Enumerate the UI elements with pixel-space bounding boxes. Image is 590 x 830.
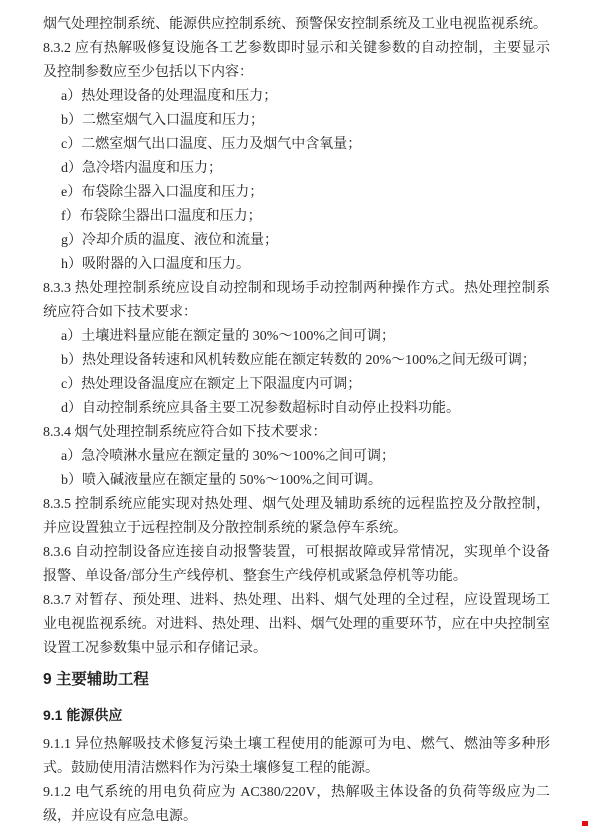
list-item: f）布袋除尘器出口温度和压力； [43,205,550,229]
body-paragraph-8-3-5: 8.3.5 控制系统应能实现对热处理、烟气处理及辅助系统的远程监控及分散控制，并… [43,493,550,541]
body-paragraph-8-3-7: 8.3.7 对暂存、预处理、进料、热处理、出料、烟气处理的全过程，应设置现场工业… [43,589,550,661]
list-item: d）自动控制系统应具备主要工况参数超标时自动停止投料功能。 [43,397,550,421]
body-paragraph-8-3-3: 8.3.3 热处理控制系统应设自动控制和现场手动控制两种操作方式。热处理控制系统… [43,277,550,325]
list-item: d）急冷塔内温度和压力； [43,157,550,181]
list-item: b）二燃室烟气入口温度和压力； [43,109,550,133]
list-item: a）热处理设备的处理温度和压力； [43,85,550,109]
body-paragraph-8-3-4: 8.3.4 烟气处理控制系统应符合如下技术要求： [43,421,550,445]
body-paragraph: 烟气处理控制系统、能源供应控制系统、预警保安控制系统及工业电视监视系统。 [43,13,550,37]
list-item: h）吸附器的入口温度和压力。 [43,253,550,277]
document-page: 烟气处理控制系统、能源供应控制系统、预警保安控制系统及工业电视监视系统。 8.3… [0,0,590,830]
body-paragraph-9-1-1: 9.1.1 异位热解吸技术修复污染土壤工程使用的能源可为电、燃气、燃油等多种形式… [43,733,550,781]
section-heading-9: 9 主要辅助工程 [43,665,550,695]
list-item: c）二燃室烟气出口温度、压力及烟气中含氧量； [43,133,550,157]
body-paragraph-9-1-2: 9.1.2 电气系统的用电负荷应为 AC380/220V，热解吸主体设备的负荷等… [43,781,550,829]
red-corner-mark [582,821,588,826]
subsection-heading-9-1: 9.1 能源供应 [43,701,550,729]
body-paragraph-8-3-6: 8.3.6 自动控制设备应连接自动报警装置，可根据故障或异常情况，实现单个设备报… [43,541,550,589]
list-item: b）热处理设备转速和风机转数应能在额定转数的 20%～100%之间无级可调； [43,349,550,373]
list-item: e）布袋除尘器入口温度和压力； [43,181,550,205]
list-item: a）急冷喷淋水量应在额定量的 30%～100%之间可调； [43,445,550,469]
list-item: b）喷入碱液量应在额定量的 50%～100%之间可调。 [43,469,550,493]
list-item: a）土壤进料量应能在额定量的 30%～100%之间可调； [43,325,550,349]
list-item: c）热处理设备温度应在额定上下限温度内可调； [43,373,550,397]
list-item: g）冷却介质的温度、液位和流量； [43,229,550,253]
body-paragraph-8-3-2: 8.3.2 应有热解吸修复设施各工艺参数即时显示和关键参数的自动控制，主要显示及… [43,37,550,85]
